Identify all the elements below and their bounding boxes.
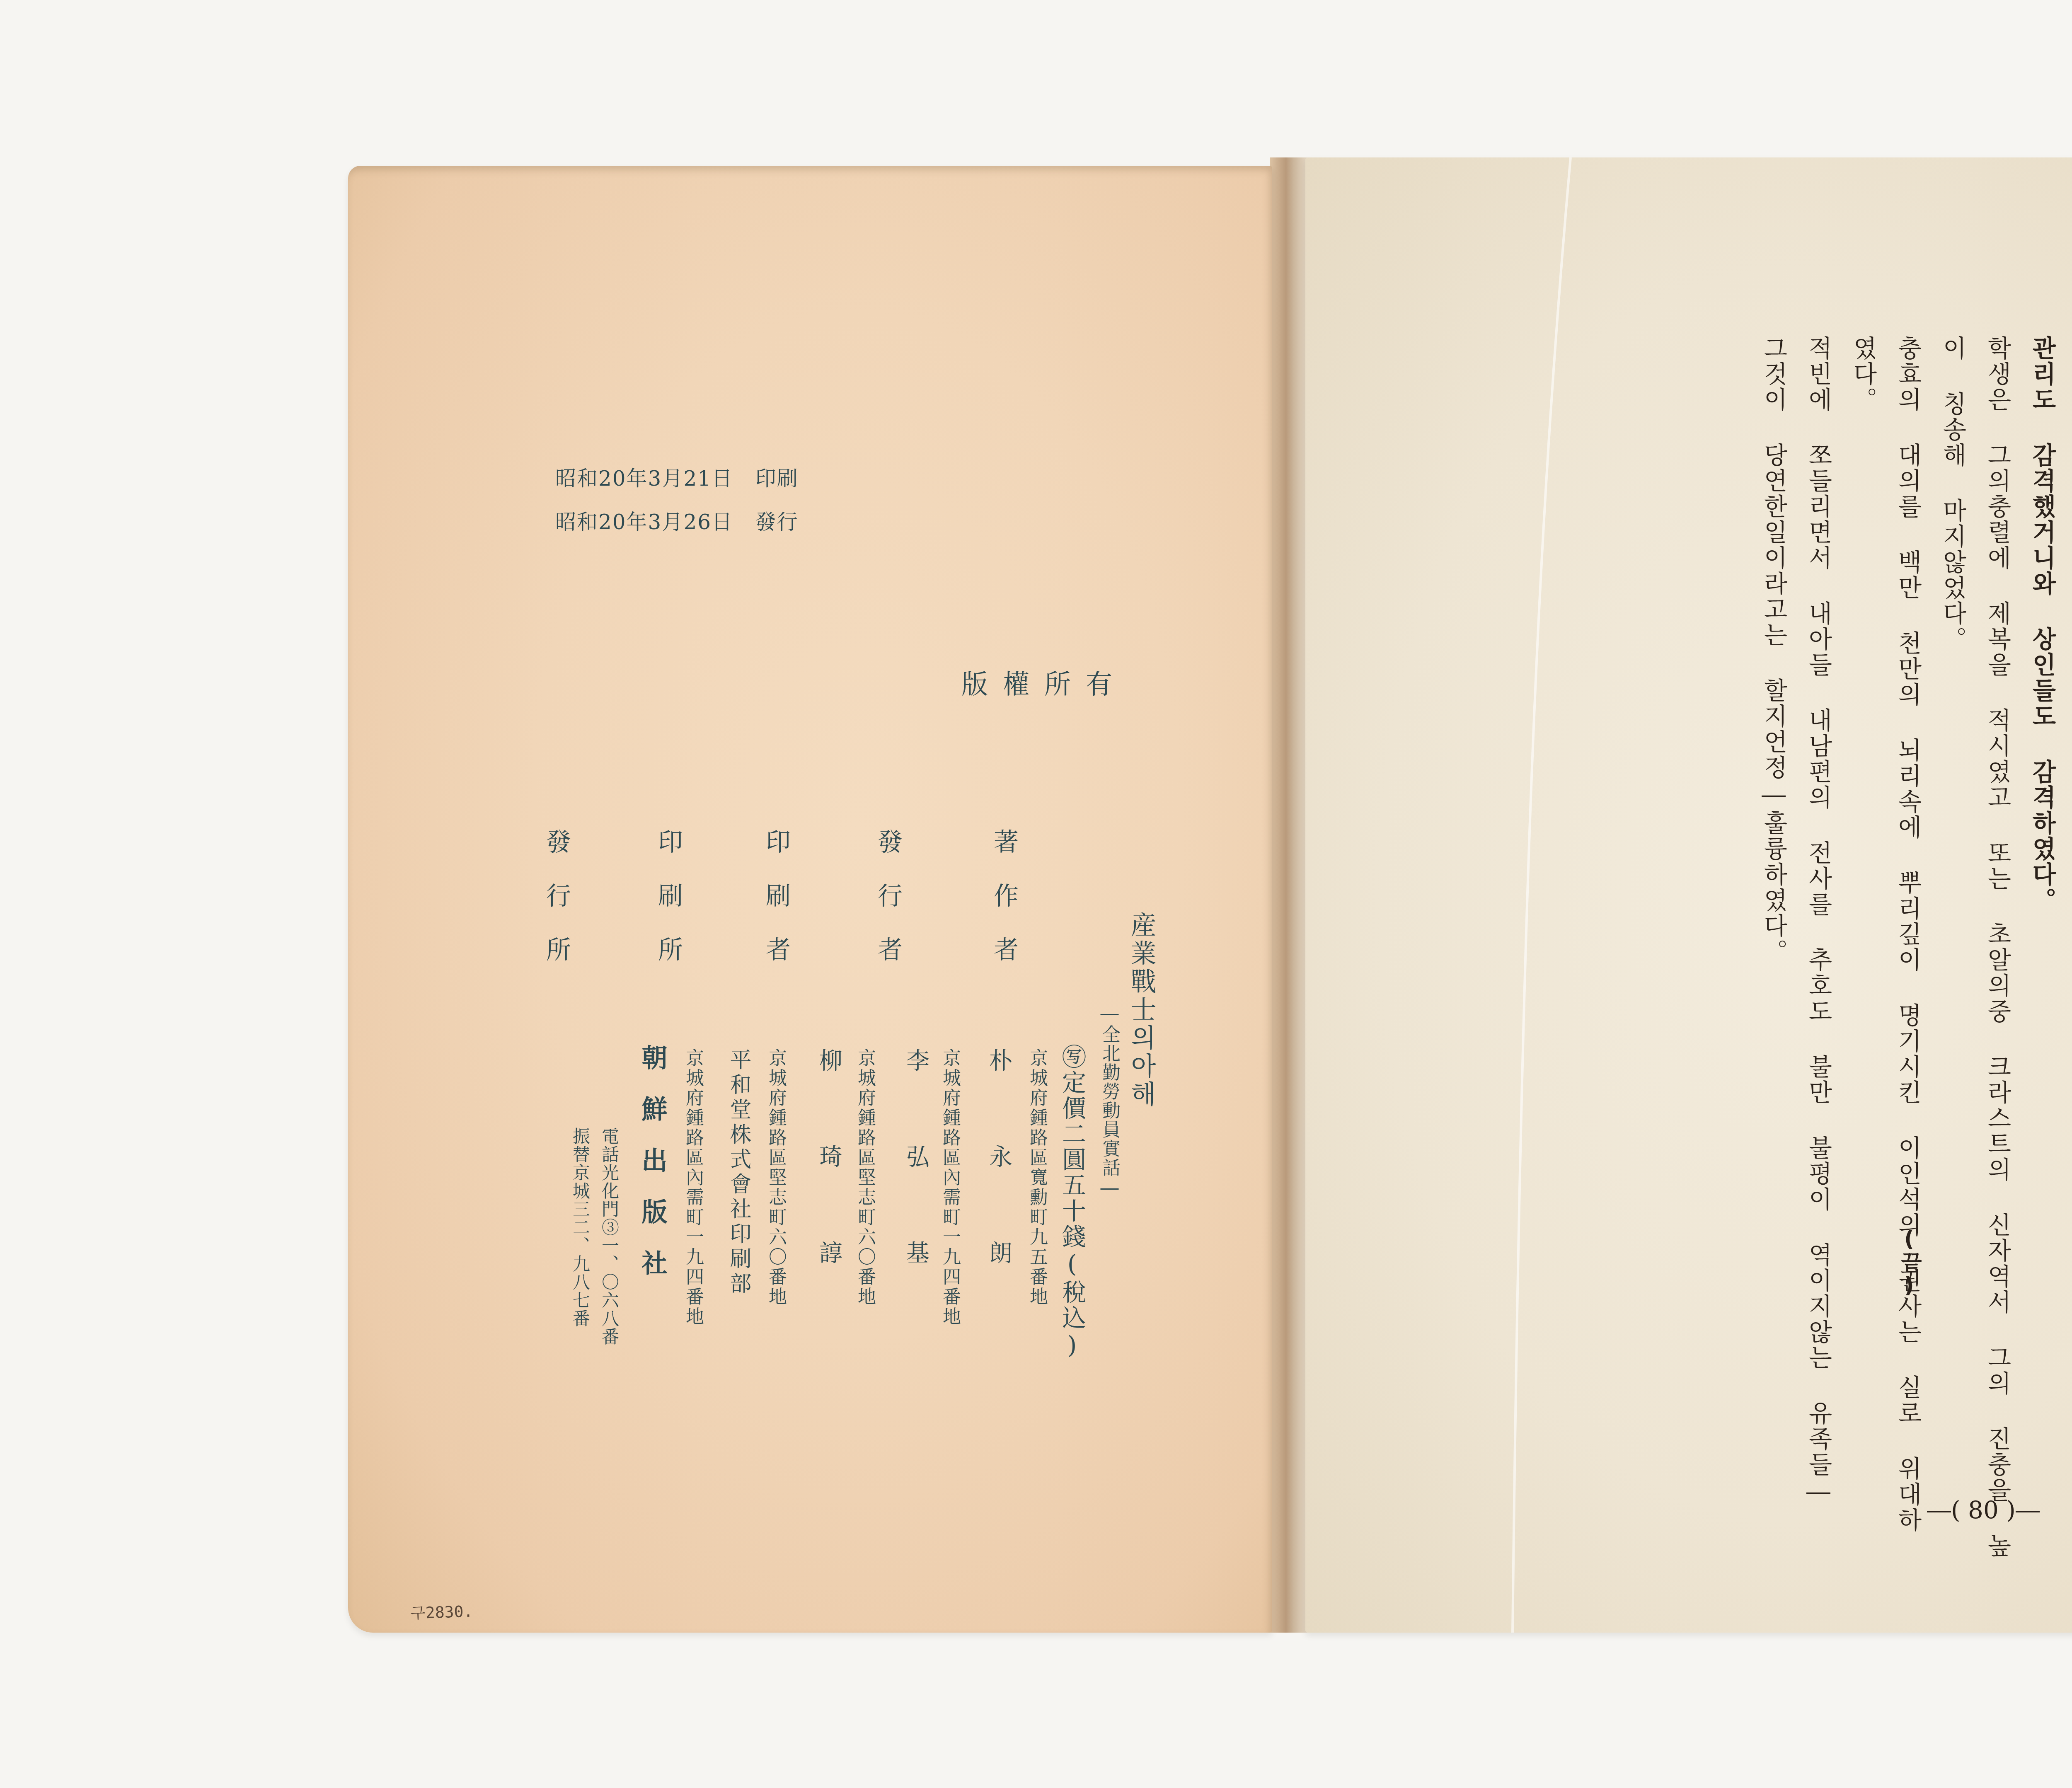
publish-date-line: 昭和20年3月26日 發行 [555, 506, 799, 535]
text-column: 이 칭송해 마지않었다。 [1935, 336, 1970, 652]
transfer-account: 振替京城三二、九八七番 [568, 1127, 593, 1328]
printer-address: 京城府鍾路區堅志町六〇番地 [852, 1048, 878, 1307]
role-publishing-house: 發行所 [539, 829, 574, 990]
text-column: 적빈에 쪼들리면서 내아들 내남편의 전사를 추호도 불만 불평이 역이지않는 … [1801, 336, 1836, 1507]
price-text: 定價二圓五十錢(稅込) [1058, 1070, 1086, 1361]
price-stamp-icon: ㊢ [1058, 1044, 1086, 1070]
author-address: 京城府鍾路區寬勳町九五番地 [1024, 1048, 1050, 1307]
text-column: 학생은 그의충렬에 제복을 적시였고 또는 초알의중 크라스트의 신자역서 그의… [1980, 336, 2015, 1559]
publishing-house-address: 京城府鍾路區內需町一九四番地 [680, 1048, 706, 1327]
text-page: 이인석 권사가 세상에 널리 보도되자 전조선 방방곡곡은 감격과 홍분에 휩쓸… [1305, 157, 2072, 1633]
publish-date: 昭和20年3月26日 [555, 510, 733, 534]
author-name: 朴 永 朗 [982, 1048, 1015, 1289]
phone-number: 電話光化門③一、〇六八番 [597, 1127, 622, 1346]
publisher-address: 京城府鍾路區內需町一九四番地 [937, 1048, 963, 1327]
text-column: 그것이 당연한일이라고는 할지언정―훌륭하였다。 [1756, 336, 1791, 965]
pencil-catalog-number: 구2830. [410, 1598, 473, 1623]
role-publisher: 發行者 [870, 829, 906, 990]
open-book: 昭和20年3月21日 印刷 昭和20年3月26日 發行 版權所有 産業戰士의아해… [348, 157, 2072, 1633]
print-label: 印刷 [755, 467, 799, 491]
colophon-page: 昭和20年3月21日 印刷 昭和20年3月26日 發行 版權所有 産業戰士의아해… [348, 166, 1272, 1633]
print-date: 昭和20年3月21日 [555, 467, 733, 491]
role-author: 著作者 [986, 829, 1022, 990]
print-date-line: 昭和20年3月21日 印刷 [555, 462, 799, 492]
copyright-notice: 版權所有 [961, 663, 1127, 701]
end-mark: (끝) [1894, 1227, 1925, 1298]
publisher-name: 李 弘 基 [899, 1048, 932, 1289]
text-column: 노동자도 울었고 농군들도 울었다。 [2070, 336, 2072, 811]
page-number: ―( 80 )― [1927, 1496, 2040, 1524]
publishing-house-name: 朝鮮出版社 [634, 1044, 671, 1301]
text-column: 충효의 대의를 백만 천만의 뇌리속에 뿌리깊이 명기시킨 이인석의 권사는 실… [1890, 336, 1925, 1533]
book-title: 産業戰士의아해 [1123, 912, 1160, 1109]
book-gutter [1270, 157, 1310, 1633]
publish-label: 發行 [755, 510, 799, 534]
role-printing-house: 印刷所 [651, 829, 686, 990]
printing-house-name: 平和堂株式會社印刷部 [723, 1048, 754, 1297]
role-printer: 印刷者 [758, 829, 794, 990]
text-column: 였다。 [1846, 336, 1881, 413]
text-column: 관리도 감격했거니와 상인들도 감격하였다。 [2025, 336, 2060, 913]
printing-house-address: 京城府鍾路區堅志町六〇番地 [762, 1048, 789, 1307]
book-series: ―全北勤勞動員實話― [1096, 1003, 1123, 1199]
printer-name: 柳 琦 諄 [812, 1048, 845, 1289]
price: ㊢定價二圓五十錢(稅込) [1055, 1044, 1089, 1361]
